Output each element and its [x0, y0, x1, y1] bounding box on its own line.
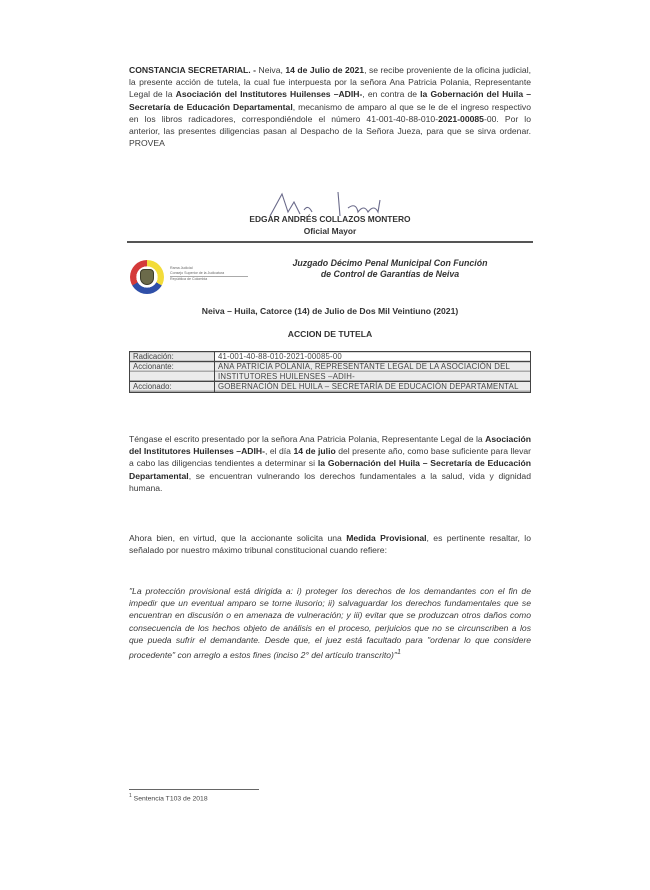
- place-and-date: Neiva – Huila, Catorce (14) de Julio de …: [129, 306, 531, 316]
- table-row: Accionante: ANA PATRICIA POLANIA, REPRES…: [130, 362, 531, 382]
- court-name-line: de Control de Garantías de Neiva: [250, 269, 530, 280]
- action-title: ACCION DE TUTELA: [129, 329, 531, 339]
- jurisprudence-quote: "La protección provisional está dirigida…: [129, 585, 531, 661]
- paragraph-tengase: Téngase el escrito presentado por la señ…: [129, 433, 531, 494]
- signer-role: Oficial Mayor: [200, 226, 460, 236]
- signature-block: EDGAR ANDRÉS COLLAZOS MONTERO Oficial Ma…: [200, 190, 460, 240]
- constancia-secretarial: CONSTANCIA SECRETARIAL. - Neiva, 14 de J…: [129, 64, 531, 149]
- table-value: ANA PATRICIA POLANIA, REPRESENTANTE LEGA…: [215, 362, 531, 382]
- footnote-divider: [129, 789, 259, 790]
- footnote-ref[interactable]: 1: [397, 648, 401, 656]
- court-name-line: Juzgado Décimo Penal Municipal Con Funci…: [250, 258, 530, 269]
- table-value: 41-001-40-88-010-2021-00085-00: [215, 352, 531, 362]
- document-page: CONSTANCIA SECRETARIAL. - Neiva, 14 de J…: [0, 0, 650, 890]
- table-value: GOBERNACIÓN DEL HUILA – SECRETARÍA DE ED…: [215, 382, 531, 392]
- footnote: 1 Sentencia T103 de 2018: [129, 793, 208, 802]
- filing-date: 14 de julio: [293, 446, 335, 456]
- rama-judicial-seal-icon: [130, 260, 164, 294]
- table-label: Accionante:: [130, 362, 215, 382]
- table-row: Accionado: GOBERNACIÓN DEL HUILA – SECRE…: [130, 382, 531, 392]
- court-name: Juzgado Décimo Penal Municipal Con Funci…: [250, 258, 530, 280]
- logo-caption: Rama Judicial Consejo Superior de la Jud…: [170, 266, 248, 283]
- signer-name: EDGAR ANDRÉS COLLAZOS MONTERO: [200, 214, 460, 224]
- case-info-table: Radicación: 41-001-40-88-010-2021-00085-…: [129, 351, 531, 393]
- text: Téngase el escrito presentado por la señ…: [129, 434, 485, 444]
- logo-line: República de Colombia: [170, 277, 248, 282]
- table-label: Radicación:: [130, 352, 215, 362]
- section-divider: [127, 241, 533, 243]
- text: , se encuentran vulnerando los derechos …: [129, 471, 531, 493]
- table-row: Radicación: 41-001-40-88-010-2021-00085-…: [130, 352, 531, 362]
- quote-text: "La protección provisional está dirigida…: [129, 586, 531, 660]
- constancia-heading: CONSTANCIA SECRETARIAL. -: [129, 65, 256, 75]
- association-name: Asociación del Institutores Huilenses –A…: [176, 89, 363, 99]
- medida-provisional: Medida Provisional: [346, 533, 426, 543]
- coat-of-arms-icon: [140, 269, 154, 285]
- text: , en contra de: [362, 89, 420, 99]
- case-number-bold: 2021-00085: [438, 114, 484, 124]
- text: Ahora bien, en virtud, que la accionante…: [129, 533, 346, 543]
- paragraph-ahora: Ahora bien, en virtud, que la accionante…: [129, 532, 531, 556]
- footnote-text: Sentencia T103 de 2018: [132, 795, 208, 802]
- constancia-date: 14 de Julio de 2021: [285, 65, 364, 75]
- text: , el día: [265, 446, 294, 456]
- text: Neiva,: [256, 65, 285, 75]
- table-label: Accionado:: [130, 382, 215, 392]
